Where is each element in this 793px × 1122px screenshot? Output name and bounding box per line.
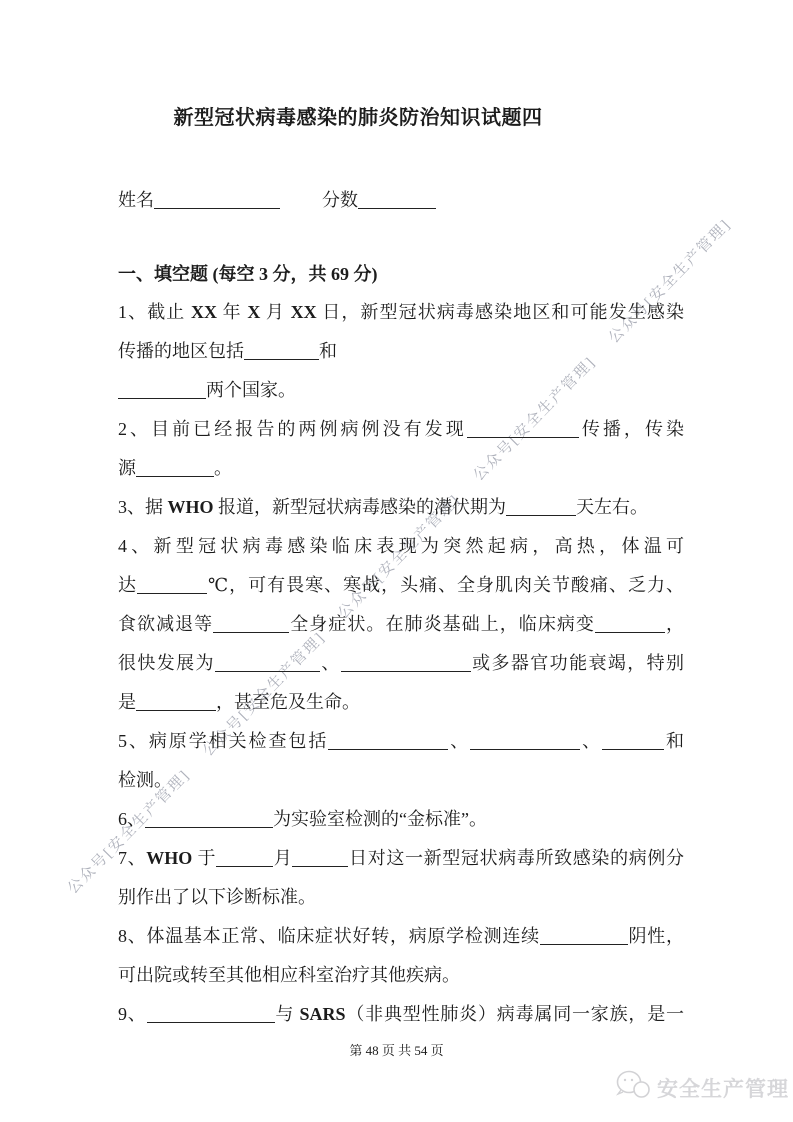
- section-title: 一、填空题: [118, 264, 208, 284]
- question-line: 可出院或转至其他相应科室治疗其他疾病。: [118, 956, 684, 995]
- text-run: 和: [664, 731, 684, 751]
- text-run: 或多器官功能衰竭，特别: [471, 653, 684, 673]
- blank-field: [216, 848, 273, 867]
- text-run: 日，新型冠状病毒感染地区和可能发生感染: [317, 302, 684, 322]
- blank-field: [540, 926, 628, 945]
- brand-label: 安全生产管理: [657, 1073, 789, 1103]
- text-run: 月: [273, 848, 292, 868]
- question-7: 7、WHO 于月日对这一新型冠状病毒所致感染的病例分别作出了以下诊断标准。: [118, 839, 684, 917]
- text-run: ，: [665, 614, 684, 634]
- question-8: 8、体温基本正常、临床症状好转，病原学检测连续阴性，可出院或转至其他相应科室治疗…: [118, 917, 684, 995]
- question-line: 5、病原学相关检查包括、、和: [118, 722, 684, 761]
- text-run: 天左右。: [576, 497, 648, 517]
- question-line: 是，甚至危及生命。: [118, 683, 684, 722]
- question-1: 1、截止 XX 年 X 月 XX 日，新型冠状病毒感染地区和可能发生感染传播的地…: [118, 293, 684, 410]
- text-run: 很快发展为: [118, 653, 215, 673]
- text-run: 1、截止: [118, 302, 191, 322]
- section-note: (每空 3 分，共 69 分): [208, 264, 378, 284]
- blank-field: [292, 848, 348, 867]
- question-line: 很快发展为、或多器官功能衰竭，特别: [118, 644, 684, 683]
- question-line: 8、体温基本正常、临床症状好转，病原学检测连续阴性，: [118, 917, 684, 956]
- page-content: 新型冠状病毒感染的肺炎防治知识试题四 姓名分数 一、填空题 (每空 3 分，共 …: [0, 0, 793, 1122]
- blank-field: [145, 809, 273, 828]
- blank-field: [595, 614, 665, 633]
- text-run: 是: [118, 692, 136, 712]
- question-line: 食欲减退等全身症状。在肺炎基础上，临床病变，: [118, 605, 684, 644]
- blank-field: [215, 653, 320, 672]
- questions: 1、截止 XX 年 X 月 XX 日，新型冠状病毒感染地区和可能发生感染传播的地…: [118, 293, 684, 1034]
- question-line: 9、与 SARS（非典型性肺炎）病毒属同一家族，是一: [118, 995, 684, 1034]
- text-run: 3、据: [118, 497, 168, 517]
- text-run: 传播的地区包括: [118, 341, 244, 361]
- question-line: 别作出了以下诊断标准。: [118, 878, 684, 917]
- text-run: 4、新型冠状病毒感染临床表现为突然起病，高热，体温可: [118, 536, 684, 556]
- text-run: ，甚至危及生命。: [216, 692, 360, 712]
- name-score-row: 姓名分数: [118, 186, 436, 212]
- question-line: 3、据 WHO 报道，新型冠状病毒感染的潜伏期为天左右。: [118, 488, 684, 527]
- text-run: 传播，传染: [579, 419, 684, 439]
- name-label: 姓名: [118, 190, 154, 210]
- blank-field: [467, 419, 579, 438]
- text-run: （非典型性肺炎）病毒属同一家族，是一: [346, 1004, 684, 1024]
- text-run: 检测。: [118, 770, 172, 790]
- blank-field: [602, 731, 664, 750]
- score-blank-field: [358, 190, 436, 209]
- blank-field: [341, 653, 471, 672]
- text-run: 9、: [118, 1004, 147, 1024]
- brand-watermark: 安全生产管理: [615, 1068, 789, 1107]
- question-line: 达℃，可有畏寒、寒战，头痛、全身肌肉关节酸痛、乏力、: [118, 566, 684, 605]
- text-run: X: [247, 302, 260, 322]
- question-9: 9、与 SARS（非典型性肺炎）病毒属同一家族，是一: [118, 995, 684, 1034]
- text-run: 与: [275, 1004, 300, 1024]
- text-run: 日对这一新型冠状病毒所致感染的病例分: [348, 848, 684, 868]
- text-run: 7、: [118, 848, 146, 868]
- text-run: 源: [118, 458, 136, 478]
- blank-field: [147, 1004, 275, 1023]
- text-run: 报道，新型冠状病毒感染的潜伏期为: [214, 497, 507, 517]
- text-run: 达: [118, 575, 137, 595]
- text-run: XX: [291, 302, 317, 322]
- question-4: 4、新型冠状病毒感染临床表现为突然起病，高热，体温可达℃，可有畏寒、寒战，头痛、…: [118, 527, 684, 722]
- text-run: 、: [320, 653, 341, 673]
- name-blank-field: [154, 190, 280, 209]
- question-line: 两个国家。: [118, 371, 684, 410]
- text-run: 两个国家。: [206, 380, 296, 400]
- text-run: 可出院或转至其他相应科室治疗其他疾病。: [118, 965, 460, 985]
- wechat-icon: [615, 1068, 651, 1107]
- blank-field: [136, 692, 216, 711]
- text-run: WHO: [146, 848, 192, 868]
- text-run: 食欲减退等: [118, 614, 213, 634]
- text-run: WHO: [168, 497, 214, 517]
- blank-field: [137, 575, 207, 594]
- text-run: 。: [214, 458, 232, 478]
- blank-field: [213, 614, 289, 633]
- question-3: 3、据 WHO 报道，新型冠状病毒感染的潜伏期为天左右。: [118, 488, 684, 527]
- question-line: 传播的地区包括和: [118, 332, 684, 371]
- text-run: XX: [191, 302, 217, 322]
- text-run: 、: [580, 731, 602, 751]
- blank-field: [136, 458, 214, 477]
- text-run: 全身症状。在肺炎基础上，临床病变: [289, 614, 595, 634]
- question-line: 7、WHO 于月日对这一新型冠状病毒所致感染的病例分: [118, 839, 684, 878]
- question-line: 源。: [118, 449, 684, 488]
- question-line: 检测。: [118, 761, 684, 800]
- question-line: 1、截止 XX 年 X 月 XX 日，新型冠状病毒感染地区和可能发生感染: [118, 293, 684, 332]
- text-run: 5、病原学相关检查包括: [118, 731, 328, 751]
- page-title: 新型冠状病毒感染的肺炎防治知识试题四: [118, 101, 598, 130]
- text-run: 为实验室检测的“金标准”。: [273, 809, 487, 829]
- text-run: ℃，可有畏寒、寒战，头痛、全身肌肉关节酸痛、乏力、: [207, 575, 684, 595]
- question-5: 5、病原学相关检查包括、、和检测。: [118, 722, 684, 800]
- blank-field: [118, 380, 206, 399]
- blank-field: [244, 341, 319, 360]
- blank-field: [506, 497, 576, 516]
- question-line: 6、为实验室检测的“金标准”。: [118, 800, 684, 839]
- question-line: 4、新型冠状病毒感染临床表现为突然起病，高热，体温可: [118, 527, 684, 566]
- text-run: 6、: [118, 809, 145, 829]
- blank-field: [328, 731, 448, 750]
- text-run: 年: [217, 302, 247, 322]
- question-2: 2、目前已经报告的两例病例没有发现传播，传染源。: [118, 410, 684, 488]
- score-label: 分数: [322, 190, 358, 210]
- page-number-footer: 第 48 页 共 54 页: [0, 1040, 793, 1059]
- text-run: 别作出了以下诊断标准。: [118, 887, 316, 907]
- question-6: 6、为实验室检测的“金标准”。: [118, 800, 684, 839]
- section-heading: 一、填空题 (每空 3 分，共 69 分): [118, 260, 378, 286]
- text-run: SARS: [300, 1004, 346, 1024]
- document-page: 公众号[安全生产管理]公众号[安全生产管理]公众号[安全生产管理]公众号[安全生…: [0, 0, 793, 1122]
- text-run: 2、目前已经报告的两例病例没有发现: [118, 419, 467, 439]
- text-run: 月: [260, 302, 290, 322]
- text-run: 和: [319, 341, 337, 361]
- text-run: 、: [448, 731, 470, 751]
- text-run: 阴性，: [628, 926, 684, 946]
- blank-field: [470, 731, 580, 750]
- text-run: 8、体温基本正常、临床症状好转，病原学检测连续: [118, 926, 540, 946]
- question-line: 2、目前已经报告的两例病例没有发现传播，传染: [118, 410, 684, 449]
- text-run: 于: [192, 848, 216, 868]
